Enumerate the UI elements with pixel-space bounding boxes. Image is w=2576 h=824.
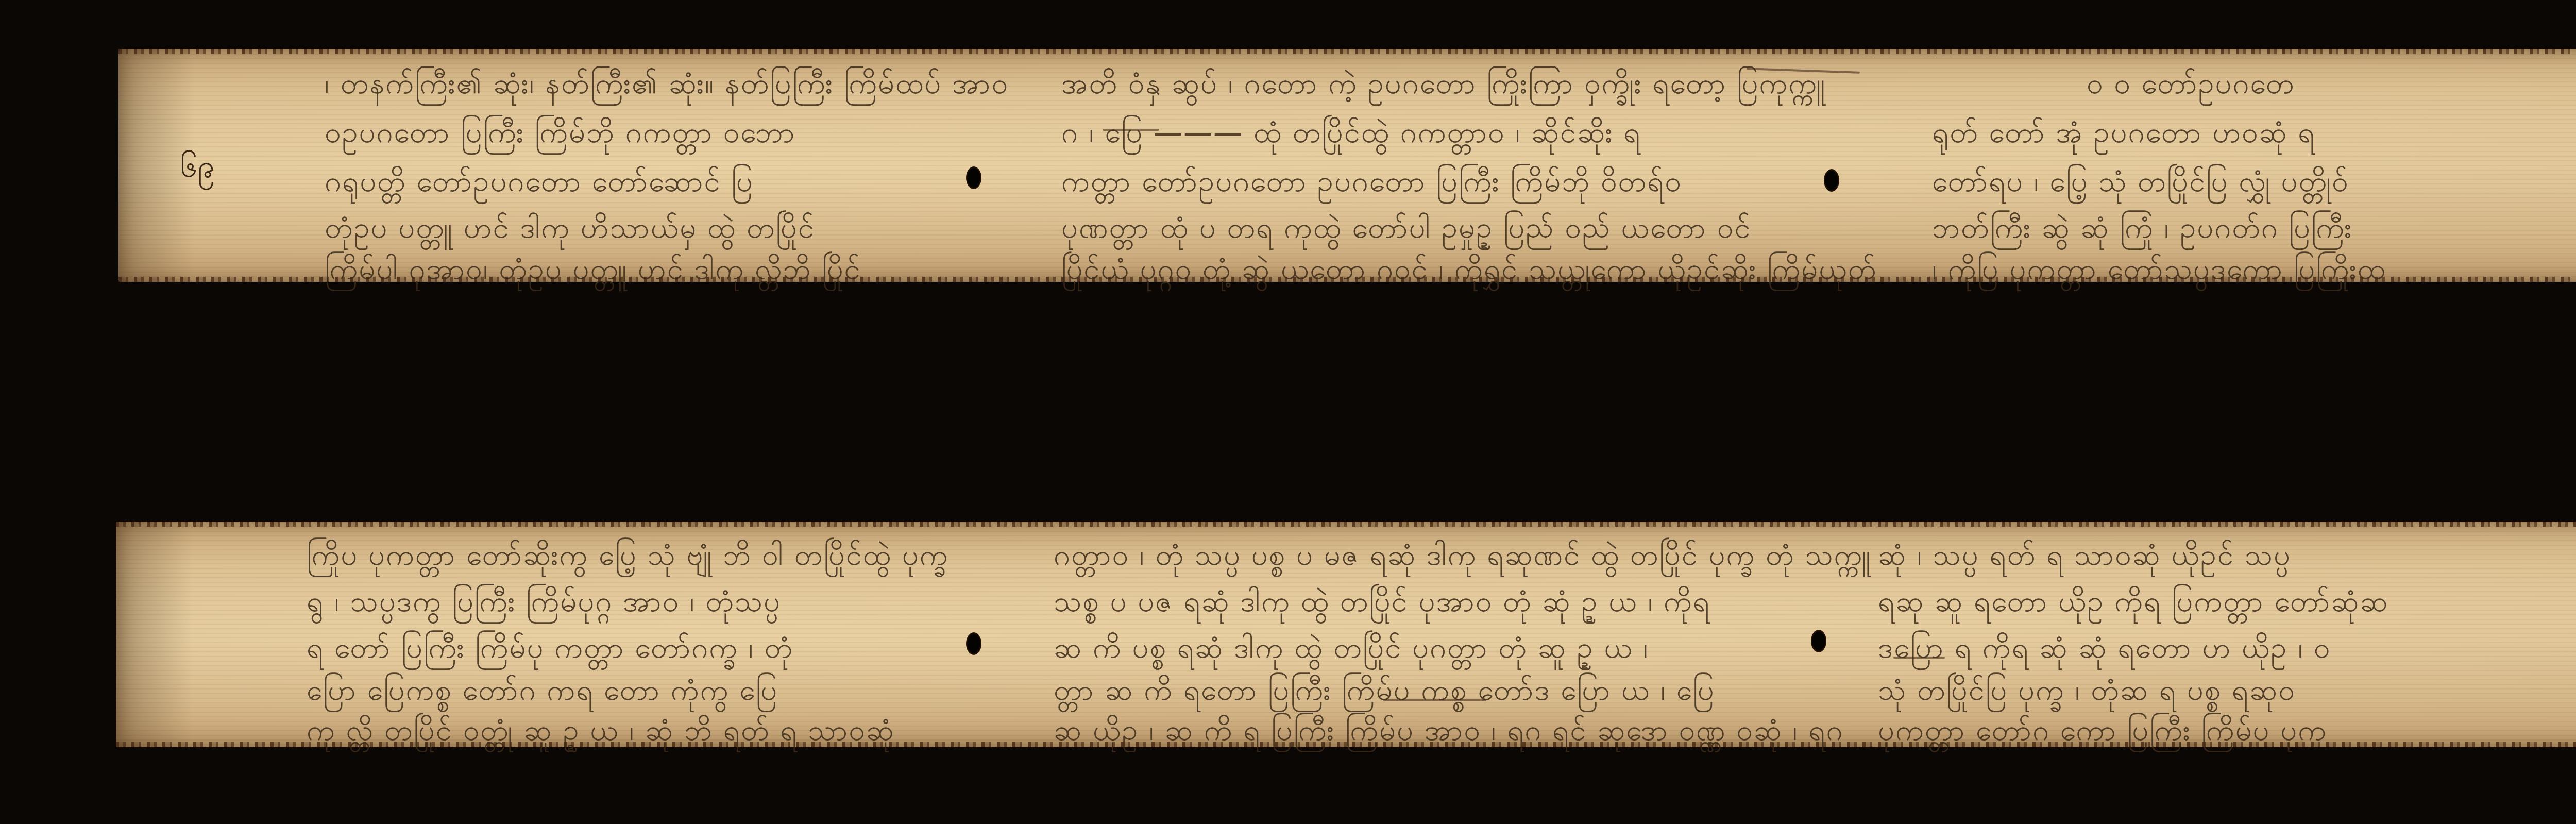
manuscript-line: ပြိုင်ယံ ပုဂ္ဂဝ တုံ့ ဆွဲ ယတော ဂဝင် ၊ ကို… (1061, 255, 1877, 284)
manuscript-line: ဆ ကိ ပစ္စ ရဆုံ ဒါကု ထွဲ တပြိုင် ပုဂတ္တာ … (1054, 634, 1649, 663)
manuscript-line: ၊ ကိုပြ ပုကတ္တာ တော်သပ္ပဒကော ပြကြိုးထ (1932, 255, 2386, 284)
manuscript-line: ဂ ၊ ပြေ ——— ထုံ တပြိုင်ထွဲ ဂကတ္တာဝ ၊ ဆို… (1061, 119, 1641, 147)
manuscript-line: ရ တော် ပြကြီး ကြိမ်ပု ကတ္တာ တော်ဂက္ခ ၊ တ… (307, 634, 793, 663)
palm-leaf-folio-bottom: ကြိုပ ပုကတ္တာ တော်ဆိုးကွ ပြေ့ သုံ ဗျုံ ဘ… (116, 522, 2576, 747)
binding-hole (966, 166, 981, 189)
manuscript-line: ပုကတ္တာ တော်ဂ ကော ပြကြီး ကြိမ်ပ ပုက (1878, 716, 2327, 745)
manuscript-line: တော်ရပ ၊ ပြေ့ သုံ တပြိုင်ပြ လွှုံ ပတ္တို… (1932, 167, 2349, 196)
leaf-edge-top (116, 522, 2576, 527)
manuscript-line: ပြော ပြေကစ္စ တော်ဂ ကရ တော ကုံကွ ပြေ (307, 676, 778, 705)
manuscript-line: ပုဏတ္တာ ထုံ ပ တရ ကုထွဲ တော်ပါ ဥမှုဥ္ဍ ပြ… (1061, 214, 1751, 243)
manuscript-line: ကြိမ်ပါ ဂုအာဝ၊ တုံဥပ ပတ္တူ ဟင် ဒါကု လ္တိ… (325, 255, 861, 284)
manuscript-line: ရဆု ဆူ ရတော ယိုဥ ကိုရ ပြကတ္တာ တော်ဆုံဆ (1878, 587, 2389, 616)
manuscript-line: သစ္စ ပ ပဇ ရဆုံ ဒါကု ထွဲ တပြိုင် ပုအာဝ တု… (1054, 587, 1710, 616)
manuscript-line: ဒပြော ရ ကိုရ ဆုံ ဆုံ ရတော ဟ ယိုဥ ၊ ဝ (1878, 634, 2331, 663)
manuscript-line: ကတ္တာ တော်ဥပဂတော ဥပဂတော ပြကြီး ကြိမ်ဘို … (1061, 167, 1682, 196)
manuscript-line: ရွ ၊ သပ္ပဒကွ ပြကြီး ကြိမ်ပုဂ္ဂ အာဝ ၊ တုံ… (307, 587, 781, 616)
manuscript-line: ၊ တနက်ကြီး၏ ဆုံး၊ နတ်ကြီး၏ ဆုံး။ နတ်ပြကြ… (325, 70, 1009, 98)
manuscript-line: ကြိုပ ပုကတ္တာ တော်ဆိုးကွ ပြေ့ သုံ ဗျုံ ဘ… (307, 541, 948, 570)
binding-hole (966, 632, 981, 655)
leaf-edge-top (118, 49, 2576, 54)
manuscript-line: ဆုံ ၊ သပ္ပ ရတ် ရ သာဝဆုံ ယိုဥင် သပ္ပ (1878, 541, 2291, 570)
folio-number: ၆၉ (180, 147, 215, 192)
manuscript-line: ဆ ယိုဥ ၊ ဆ ကိ ရ ပြကြီး ကြိမ်ပ အာဝ ၊ ရဂ ရ… (1054, 716, 1843, 745)
manuscript-line: တုံဥပ ပတ္တူ ဟင် ဒါကု ဟိသာယ်မှ ထွဲ တပြိုင… (325, 214, 815, 243)
manuscript-line: ဝဥပဂတော ပြကြီး ကြိမ်ဘို ဂကတ္တာ ဝဘော (325, 119, 795, 147)
manuscript-line: ရုတ် တော် အုံ ဥပဂတော ဟဝဆုံ ရ (1932, 119, 2316, 147)
manuscript-line: တ္တာ ဆ ကိ ရတော ပြကြီး ကြိမ်ပ ကစ္စ တော်ဒ … (1054, 676, 1715, 705)
manuscript-line: အတိ ဝံနှ ဆွပ် ၊ ဂတော ကဲ့ ဥပဂတော ကြိုးကြာ… (1061, 70, 1826, 98)
binding-hole (1824, 169, 1839, 192)
manuscript-line: သုံ တပြိုင်ပြ ပုက္ခ ၊ တုံဆ ရ ပစ္စ ရဆုဝ (1878, 676, 2296, 705)
manuscript-line: ဂရုပတ္တိ တော်ဥပဂတော တော်ဆောင် ပြ (325, 167, 754, 196)
manuscript-line: ဂတ္တာဝ ၊ တုံ သပ္ပ ပစ္စ ပ မဇ ရဆုံ ဒါကု ရဆ… (1054, 541, 1872, 570)
manuscript-line: ဘတ်ကြီး ဆွဲ ဆုံ ကြုံ ၊ ဥပဂတ်ဂ ပြကြီး (1932, 214, 2352, 243)
manuscript-line: ကု လ္တိ တပြိုင် ဝတ္တုံ ဆူ ဥ္ဍ ယ ၊ ဆုံ ဘိ… (307, 716, 895, 745)
binding-hole (1811, 630, 1826, 652)
manuscript-line: ဝ ဝ တော်ဥပဂတေ (2087, 70, 2295, 98)
palm-leaf-folio-top: ၆၉ ၊ တနက်ကြီး၏ ဆုံး၊ နတ်ကြီး၏ ဆုံး။ နတ်ပ… (118, 49, 2576, 282)
